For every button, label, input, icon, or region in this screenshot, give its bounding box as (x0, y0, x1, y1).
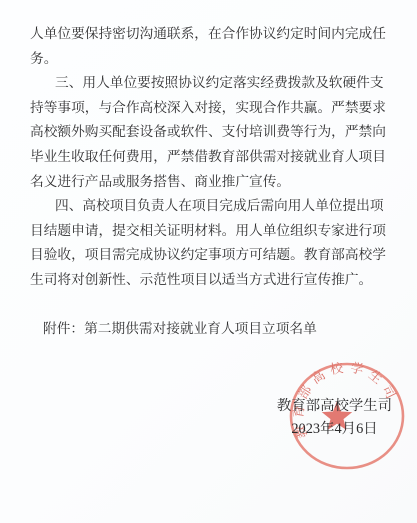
body-line: 毕业生收取任何费用，严禁借教育部供需对接就业育人项目 (30, 145, 388, 170)
body-line: 人单位要保持密切沟通联系，在合作协议约定时间内完成任 (30, 22, 388, 47)
document-page: 人单位要保持密切沟通联系，在合作协议约定时间内完成任 务。 三、用人单位要按照协… (0, 0, 417, 523)
attachment-line: 附件：第二期供需对接就业育人项目立项名单 (30, 317, 388, 342)
date-line: 2023年4月6日 (276, 421, 393, 438)
body-line: 目结题申请，提交相关证明材料。用人单位组织专家进行项 (30, 219, 388, 244)
body-line: 三、用人单位要按照协议约定落实经费拨款及软硬件支 (30, 71, 388, 96)
body-line: 高校额外购买配套设备或软件、支付培训费等行为，严禁向 (30, 120, 388, 145)
body-line: 名义进行产品或服务搭售、商业推广宣传。 (30, 170, 388, 195)
document-body: 人单位要保持密切沟通联系，在合作协议约定时间内完成任 务。 三、用人单位要按照协… (30, 22, 388, 293)
body-line: 生司将对创新性、示范性项目以适当方式进行宣传推广。 (30, 268, 388, 293)
body-line: 目验收，项目需完成协议约定事项方可结题。教育部高校学 (30, 243, 388, 268)
signature-line: 教育部高校学生司 (276, 398, 393, 415)
body-line: 务。 (30, 47, 388, 72)
body-line: 持等事项，与合作高校深入对接，实现合作共赢。严禁要求 (30, 96, 388, 121)
official-seal-stamp: 教育部高校学生司 (283, 356, 413, 480)
body-line: 四、高校项目负责人在项目完成后需向用人单位提出项 (30, 194, 388, 219)
